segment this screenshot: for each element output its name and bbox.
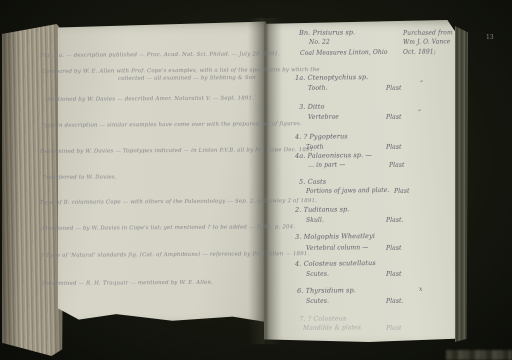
entry-label: 3. Ditto xyxy=(299,103,325,111)
entry-material: Plast. xyxy=(386,298,404,305)
entry-detail: Vertebral column — xyxy=(306,244,368,252)
blurred-scale-bar xyxy=(446,350,512,360)
entry-material: Plast xyxy=(389,162,405,169)
entry-material: Plast xyxy=(386,245,402,252)
entry-material: Plast xyxy=(386,144,402,151)
page-number: 13 xyxy=(486,34,494,41)
entry-material: Plast xyxy=(386,114,402,121)
entry-label: 7. ? Colosteus xyxy=(299,314,347,323)
entry-header-locality: Coal Measures Linton, Ohio xyxy=(300,49,388,57)
ditto-mark: „ xyxy=(418,105,421,112)
entry-label: 5. Casts xyxy=(299,178,326,186)
entry-label: 4. ? Pygopterus xyxy=(295,132,348,141)
right-page-stack-edge xyxy=(455,26,468,342)
entry-material: Plast xyxy=(394,188,410,195)
entry-detail: Scutes. xyxy=(306,271,329,278)
acquisition-note-line: Wm J. O. Vance xyxy=(403,38,451,46)
entry-detail: Vertebrae xyxy=(308,114,339,121)
entry-label: 6. Thyrsidium sp. xyxy=(297,286,356,295)
entry-detail: Tooth. xyxy=(308,85,328,92)
handwritten-line: Determined — R. H. Traquair — mentioned … xyxy=(42,280,213,287)
check-mark: x xyxy=(419,286,422,293)
entry-detail: Skull. xyxy=(306,217,324,224)
entry-header-number: No. 22 xyxy=(309,39,330,46)
entry-detail: Portions of jaws and plate. xyxy=(306,187,390,195)
entry-label: 2. Tuditanus sp. xyxy=(295,205,350,214)
acquisition-note-line: Purchased from xyxy=(403,29,453,37)
entry-detail: Tooth xyxy=(306,144,324,151)
entry-material: Plast. xyxy=(386,217,404,224)
entry-material: Plast xyxy=(386,325,402,332)
entry-label: 4. Colosteus scutellatus xyxy=(295,259,376,268)
handwritten-line: collected — all examined — by Stebbing &… xyxy=(118,75,256,82)
entry-header-title: Bn. Prisiurus sp. xyxy=(299,28,355,37)
left-page xyxy=(58,20,266,322)
handwritten-line: Transferred to W. Davies. xyxy=(42,174,117,181)
acquisition-note-line: Oct. 1891; xyxy=(403,49,436,56)
entry-material: Plast xyxy=(386,271,402,278)
entry-label: 4a. Palaeoniscus sp. — xyxy=(295,151,372,160)
entry-detail: Mandible & plates xyxy=(303,324,361,332)
entry-label: 1a. Ctenoptychius sp. xyxy=(295,73,368,82)
entry-material: Plast xyxy=(386,85,402,92)
entry-label: 3. Molgophis Wheatleyi xyxy=(295,232,375,241)
ditto-mark: „ xyxy=(420,76,423,83)
entry-detail: Scutes. xyxy=(306,298,329,305)
register-photograph: Fig. 2 a. — description published — Proc… xyxy=(0,0,512,360)
entry-detail: … in part — xyxy=(308,162,345,169)
